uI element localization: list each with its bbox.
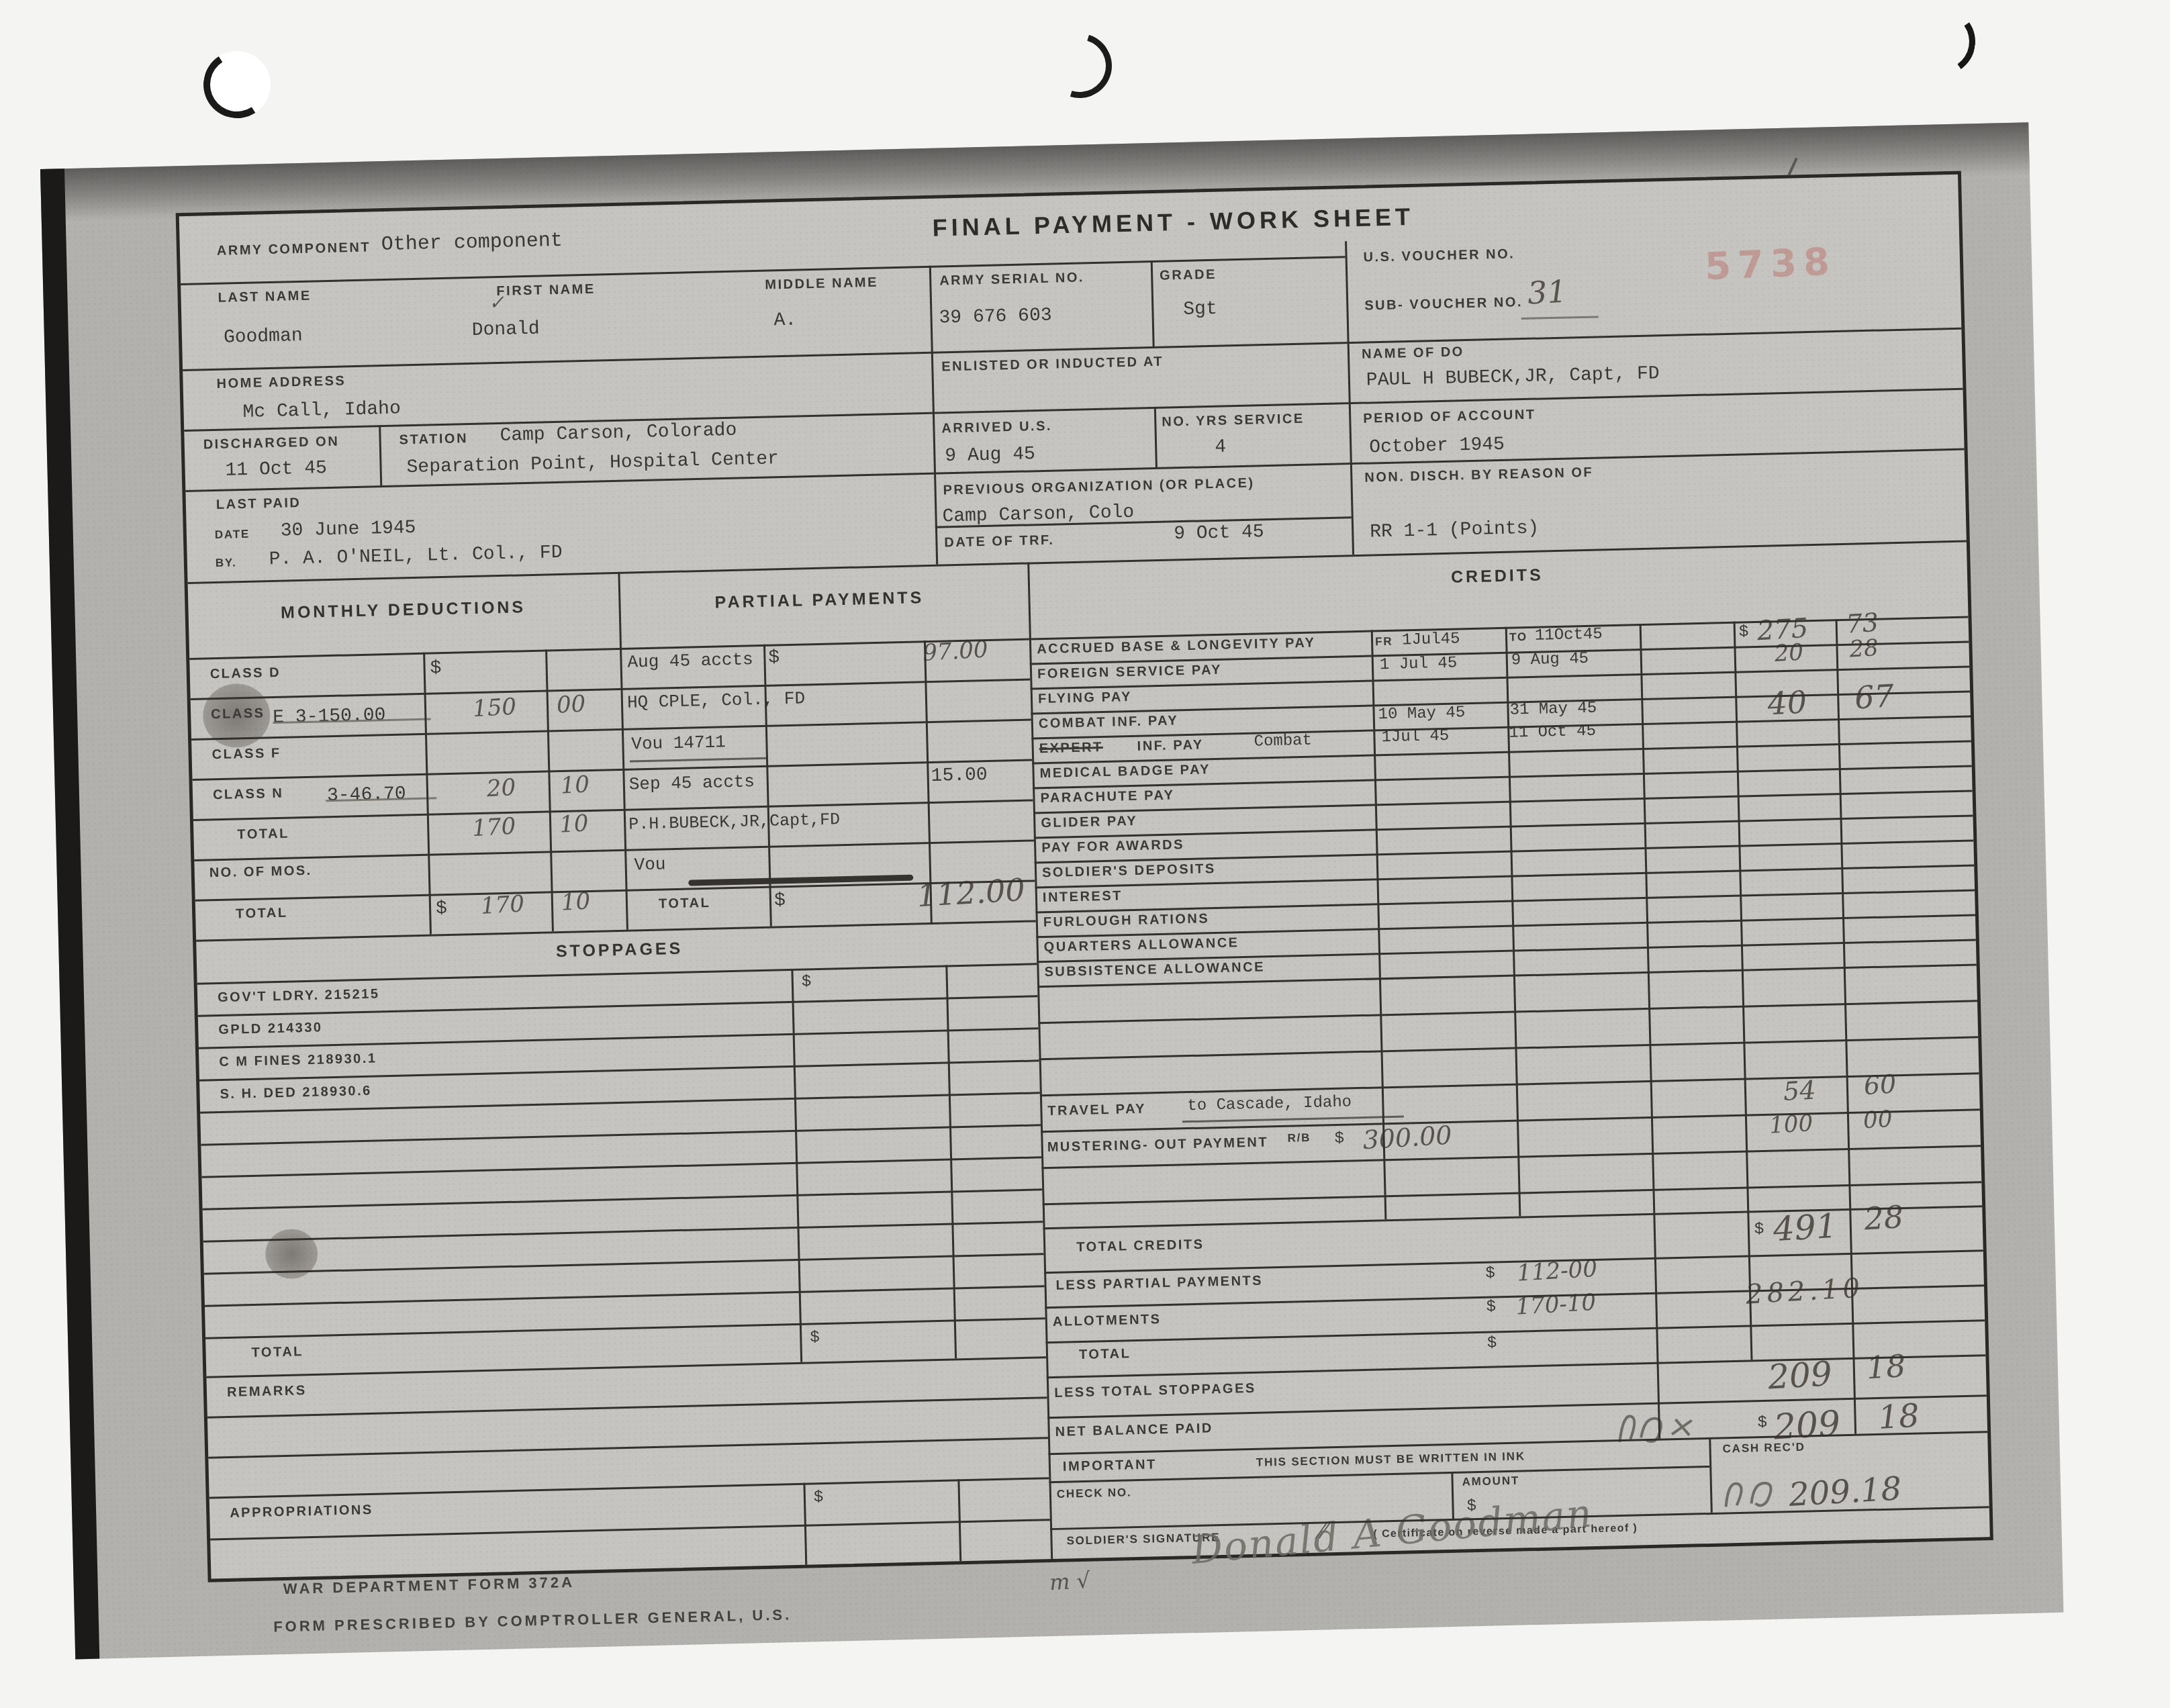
- credit-row-label: FURLOUGH RATIONS: [1043, 911, 1210, 931]
- rule-line: [1040, 1072, 1979, 1096]
- voucher-stamp-number: 5738: [1704, 243, 1837, 286]
- rule-line: [207, 1396, 1047, 1418]
- check-no-label: CHECK NO.: [1057, 1486, 1132, 1501]
- credit-row-label-struck: EXPERT: [1039, 740, 1103, 757]
- rule-line: [208, 1437, 1048, 1458]
- yrs-service-label: NO. YRS SERVICE: [1162, 412, 1305, 430]
- rule-line: [199, 1027, 1039, 1049]
- rule-line: [945, 965, 957, 1358]
- deduction-amt: 20: [486, 776, 516, 800]
- rule-line: [1709, 1437, 1713, 1513]
- soldier-signature: Donald A Goodman: [1190, 1493, 1595, 1570]
- rule-line: [1836, 619, 1857, 1434]
- last-paid-date-label: DATE: [215, 528, 250, 542]
- rule-line: [193, 799, 1033, 820]
- less-stoppages-amt: 209: [1767, 1357, 1833, 1394]
- appropriations-label: APPROPRIATIONS: [230, 1503, 373, 1521]
- deduction-class-e-typed: E 3-150.00: [273, 706, 386, 729]
- important-title: IMPORTANT: [1063, 1457, 1157, 1474]
- rule-line: [423, 653, 432, 935]
- stoppage-row: S. H. DED 218930.6: [220, 1084, 372, 1102]
- credit-row-label: PARACHUTE PAY: [1040, 788, 1174, 806]
- rule-line: [379, 425, 382, 485]
- stoppages-title: STOPPAGES: [451, 938, 787, 963]
- date-of-trf-value: 9 Oct 45: [1174, 522, 1264, 545]
- form-title: FINAL PAYMENT - WORK SHEET: [878, 203, 1469, 242]
- deduction-total-cents: 10: [559, 812, 589, 836]
- deduction-cents: 10: [560, 773, 590, 797]
- last-paid-date: 30 June 1945: [280, 518, 416, 542]
- last-paid-by: P. A. O'NEIL, Lt. Col., FD: [269, 543, 562, 571]
- travel-underline: [1182, 1116, 1404, 1123]
- credit-fr-date: 10 May 45: [1378, 704, 1465, 724]
- net-balance-dollar: $: [1757, 1415, 1767, 1433]
- allotments-label: ALLOTMENTS: [1053, 1312, 1162, 1330]
- less-stoppages-cents: 18: [1865, 1350, 1906, 1383]
- partial-title: PARTIAL PAYMENTS: [645, 588, 994, 613]
- station-label: STATION: [399, 431, 468, 448]
- first-name-value: Donald: [472, 320, 540, 342]
- credit-row-label: PAY FOR AWARDS: [1041, 837, 1184, 856]
- rule-line: [1451, 1472, 1454, 1519]
- deduction-row-label: CLASS D: [210, 665, 281, 682]
- travel-amt: 54: [1783, 1077, 1816, 1104]
- rule-line: [203, 1221, 1043, 1242]
- credit-cents: 67: [1854, 680, 1895, 713]
- scan-edge-strip: [40, 169, 99, 1659]
- credit-fr-date: 1Jul45: [1402, 630, 1460, 649]
- deduction-amt: 150: [472, 695, 517, 720]
- stoppage-dollar: $: [802, 974, 812, 992]
- credit-cents: 73: [1846, 610, 1879, 637]
- partial-amt-typed: 15.00: [931, 765, 988, 788]
- rule-line: [195, 880, 1035, 901]
- home-address-value: Mc Call, Idaho: [242, 399, 401, 423]
- credit-row-label: QUARTERS ALLOWANCE: [1043, 935, 1239, 955]
- rule-line: [209, 1477, 1049, 1499]
- rule-line: [192, 759, 1032, 780]
- mustering-dollar: $: [1334, 1131, 1344, 1149]
- arrived-value: 9 Aug 45: [945, 444, 1035, 467]
- partial-row-desc: Sep 45 accts: [629, 772, 755, 794]
- credit-row-label: FLYING PAY: [1038, 690, 1132, 707]
- credit-row-label: INTEREST: [1043, 888, 1123, 906]
- sub-voucher-value: 31: [1527, 276, 1568, 309]
- rule-line: [1640, 624, 1661, 1439]
- grade-value: Sgt: [1183, 299, 1217, 321]
- cash-recd-label: CASH REC'D: [1722, 1441, 1805, 1456]
- deduction-class-n-typed: 3-46.70: [327, 784, 406, 807]
- less-partial-dollar: $: [1485, 1265, 1495, 1283]
- net-balance-cents: 18: [1877, 1400, 1920, 1434]
- deduction-total-cents: 10: [561, 890, 591, 914]
- deduction-row-label: CLASS N: [213, 786, 284, 803]
- rule-line: [1034, 814, 1973, 839]
- footer-prescribed: FORM PRESCRIBED BY COMPTROLLER GENERAL, …: [273, 1607, 792, 1634]
- deduction-dollar: $: [430, 659, 442, 679]
- last-name-label: LAST NAME: [218, 289, 312, 306]
- rule-line: [205, 1285, 1045, 1307]
- credit-to-date: 9 Aug 45: [1511, 651, 1589, 670]
- prev-org-label: PREVIOUS ORGANIZATION (OR PLACE): [943, 476, 1255, 499]
- rule-line: [206, 1356, 1046, 1378]
- mustering-typed-amt: 300.00: [1362, 1123, 1453, 1153]
- rule-line: [1035, 889, 1975, 913]
- rule-line: [191, 678, 1031, 700]
- partial-row-desc: P.H.BUBECK,JR,Capt,FD: [628, 810, 841, 834]
- rule-line: [1154, 407, 1158, 467]
- worksheet-form: ARMY COMPONENT Other component FINAL PAY…: [176, 171, 1993, 1582]
- rule-line: [791, 969, 802, 1362]
- deduction-row-label: CLASS F: [211, 746, 281, 763]
- rule-line: [1345, 241, 1354, 555]
- rule-line: [618, 572, 628, 930]
- mustering-out-label: MUSTERING- OUT PAYMENT: [1047, 1135, 1268, 1155]
- important-subtitle: THIS SECTION MUST BE WRITTEN IN INK: [1256, 1450, 1525, 1469]
- partial-dollar: $: [768, 648, 780, 669]
- punch-hole-right: [1903, 3, 1981, 81]
- rule-line: [197, 963, 1037, 984]
- rule-line: [929, 266, 938, 565]
- total-credits-cents: 28: [1863, 1201, 1904, 1234]
- credit-to-date: 11Oct45: [1535, 626, 1603, 645]
- total-credits-label: TOTAL CREDITS: [1076, 1237, 1205, 1255]
- stoppage-row: C M FINES 218930.1: [219, 1051, 377, 1071]
- date-of-trf-label: DATE OF TRF.: [944, 533, 1055, 551]
- amount-label: AMOUNT: [1462, 1474, 1519, 1489]
- middle-name-label: MIDDLE NAME: [765, 275, 878, 293]
- net-balance-label: NET BALANCE PAID: [1055, 1421, 1213, 1440]
- home-address-label: HOME ADDRESS: [216, 373, 346, 392]
- partial-total-dollar: $: [774, 891, 786, 912]
- total-credits-amt: 491: [1772, 1209, 1838, 1246]
- non-disch-label: NON. DISCH. BY REASON OF: [1364, 465, 1593, 486]
- rule-line: [196, 920, 1036, 941]
- partial-row-desc: HQ CPLE, Col., FD: [627, 689, 806, 712]
- credit-row-label: SOLDIER'S DEPOSITS: [1042, 861, 1216, 881]
- less-stoppages-label: LESS TOTAL STOPPAGES: [1054, 1381, 1256, 1401]
- deduction-total-amt: 170: [480, 892, 525, 918]
- deductions-title: MONTHLY DEDUCTIONS: [228, 598, 577, 622]
- punch-hole-left: [197, 45, 277, 125]
- name-of-do-label: NAME OF DO: [1362, 344, 1464, 363]
- yrs-service-value: 4: [1215, 438, 1227, 459]
- discharged-value: 11 Oct 45: [225, 459, 327, 481]
- middle-name-value: A.: [773, 311, 796, 332]
- rule-line: [1043, 1181, 1982, 1205]
- travel-pay-label: TRAVEL PAY: [1047, 1102, 1146, 1119]
- mustering-amt: 100: [1768, 1112, 1813, 1137]
- name-of-do-value: PAUL H BUBECK,JR, Capt, FD: [1366, 364, 1660, 391]
- allotments-dollar: $: [1486, 1298, 1496, 1317]
- deduction-cents: 00: [556, 692, 586, 716]
- station-line2: Separation Point, Hospital Center: [406, 449, 779, 479]
- army-component-value: Other component: [381, 230, 563, 256]
- rule-line: [1734, 622, 1753, 1360]
- stoppage-row: GOV'T LDRY. 215215: [218, 986, 380, 1006]
- credit-row-label: MEDICAL BADGE PAY: [1039, 762, 1211, 781]
- last-paid-by-label: BY.: [216, 556, 237, 569]
- credit-row-note: Combat: [1254, 732, 1312, 751]
- first-name-checkmark: ✓: [488, 293, 505, 312]
- serial-value: 39 676 603: [939, 306, 1052, 330]
- partial-row-desc: Aug 45 accts: [627, 650, 753, 672]
- credit-row-label: FOREIGN SERVICE PAY: [1037, 663, 1222, 682]
- credit-dollar: $: [1739, 624, 1749, 642]
- army-component-label: ARMY COMPONENT: [217, 240, 371, 258]
- rule-line: [1046, 1319, 1985, 1343]
- credit-row-label: INF. PAY: [1137, 737, 1203, 754]
- stoppages-total-dollar: $: [810, 1329, 820, 1347]
- rule-line: [1151, 260, 1155, 346]
- rule-line: [201, 1124, 1041, 1145]
- page-background: ARMY COMPONENT Other component FINAL PAY…: [0, 0, 2170, 1708]
- rule-line: [545, 649, 554, 931]
- enlisted-label: ENLISTED OR INDUCTED AT: [941, 354, 1164, 375]
- deduction-total-label: TOTAL: [236, 906, 288, 922]
- rule-line: [204, 1253, 1044, 1274]
- total-credits-dollar: $: [1754, 1221, 1764, 1239]
- last-paid-label: LAST PAID: [216, 495, 301, 513]
- first-name-label: FIRST NAME: [496, 282, 596, 299]
- deduction-row-label: CLASS: [211, 706, 265, 722]
- non-disch-value: RR 1-1 (Points): [1370, 519, 1540, 544]
- credit-to-label: TO: [1509, 630, 1527, 644]
- appropriations-dollar: $: [814, 1489, 824, 1507]
- remarks-label: REMARKS: [227, 1383, 307, 1401]
- rule-line: [1043, 1205, 1983, 1229]
- travel-pay-note: to Cascade, Idaho: [1187, 1094, 1352, 1115]
- verify-mark: m √: [1049, 1570, 1091, 1594]
- partial-total-label: TOTAL: [659, 896, 711, 912]
- no-of-mos-label: NO. OF MOS.: [209, 863, 313, 882]
- credits-total-label: TOTAL: [1079, 1346, 1131, 1363]
- sub-voucher-label: SUB- VOUCHER NO.: [1364, 295, 1523, 314]
- last-name-value: Goodman: [224, 326, 303, 349]
- cash-recd-value: 209.18: [1788, 1472, 1902, 1511]
- rule-line: [205, 1317, 1045, 1339]
- credits-title: CREDITS: [1329, 564, 1665, 589]
- credits-total-dollar: $: [1487, 1335, 1497, 1353]
- station-line1: Camp Carson, Colorado: [500, 421, 737, 447]
- arrived-label: ARRIVED U.S.: [941, 419, 1052, 437]
- sub-voucher-underline: [1521, 316, 1599, 320]
- mustering-rb: R/B: [1287, 1131, 1311, 1145]
- rule-line: [1031, 691, 1970, 715]
- serial-label: ARMY SERIAL NO.: [939, 270, 1084, 289]
- credit-fr-date: 1 Jul 45: [1380, 655, 1458, 674]
- rule-line: [1047, 1354, 1986, 1378]
- rule-line: [1038, 1000, 1977, 1024]
- deduction-total-dollar: $: [436, 899, 448, 920]
- period-value: October 1945: [1369, 435, 1505, 459]
- scanned-paper: ARMY COMPONENT Other component FINAL PAY…: [40, 122, 2063, 1659]
- credit-fr-label: FR: [1375, 635, 1393, 649]
- vou-underline: [630, 757, 767, 763]
- rule-line: [1044, 1249, 1983, 1274]
- credit-row-label: GLIDER PAY: [1041, 814, 1137, 831]
- net-balance-amt: 209: [1773, 1407, 1841, 1445]
- less-partial-label: LESS PARTIAL PAYMENTS: [1055, 1274, 1263, 1294]
- credit-cents: 28: [1849, 636, 1879, 661]
- pencil-scribble: [1719, 1473, 1793, 1515]
- rule-line: [203, 1188, 1043, 1210]
- rule-line: [201, 1156, 1041, 1178]
- stoppage-row: GPLD 214330: [218, 1020, 323, 1038]
- rule-line: [1039, 1036, 1979, 1060]
- rule-line: [194, 839, 1034, 861]
- partial-row-desc: Vou: [634, 855, 665, 875]
- credit-row-label: SUBSISTENCE ALLOWANCE: [1044, 959, 1265, 980]
- discharged-label: DISCHARGED ON: [203, 434, 339, 453]
- rule-line: [210, 1519, 1050, 1540]
- partial-row-desc: Vou 14711: [631, 732, 726, 754]
- credit-amt: 40: [1766, 686, 1807, 719]
- period-label: PERIOD OF ACCOUNT: [1363, 408, 1536, 427]
- stoppages-total-label: TOTAL: [251, 1344, 303, 1361]
- punch-hole-center: [1036, 22, 1123, 109]
- grade-label: GRADE: [1160, 267, 1217, 284]
- deduction-total-label: TOTAL: [237, 826, 289, 843]
- rule-line: [1047, 1394, 1987, 1419]
- rule-line: [184, 388, 1963, 432]
- credit-row-label: COMBAT INF. PAY: [1039, 713, 1179, 732]
- us-voucher-label: U.S. VOUCHER NO.: [1363, 246, 1515, 265]
- deduction-total-amt: 170: [471, 814, 516, 840]
